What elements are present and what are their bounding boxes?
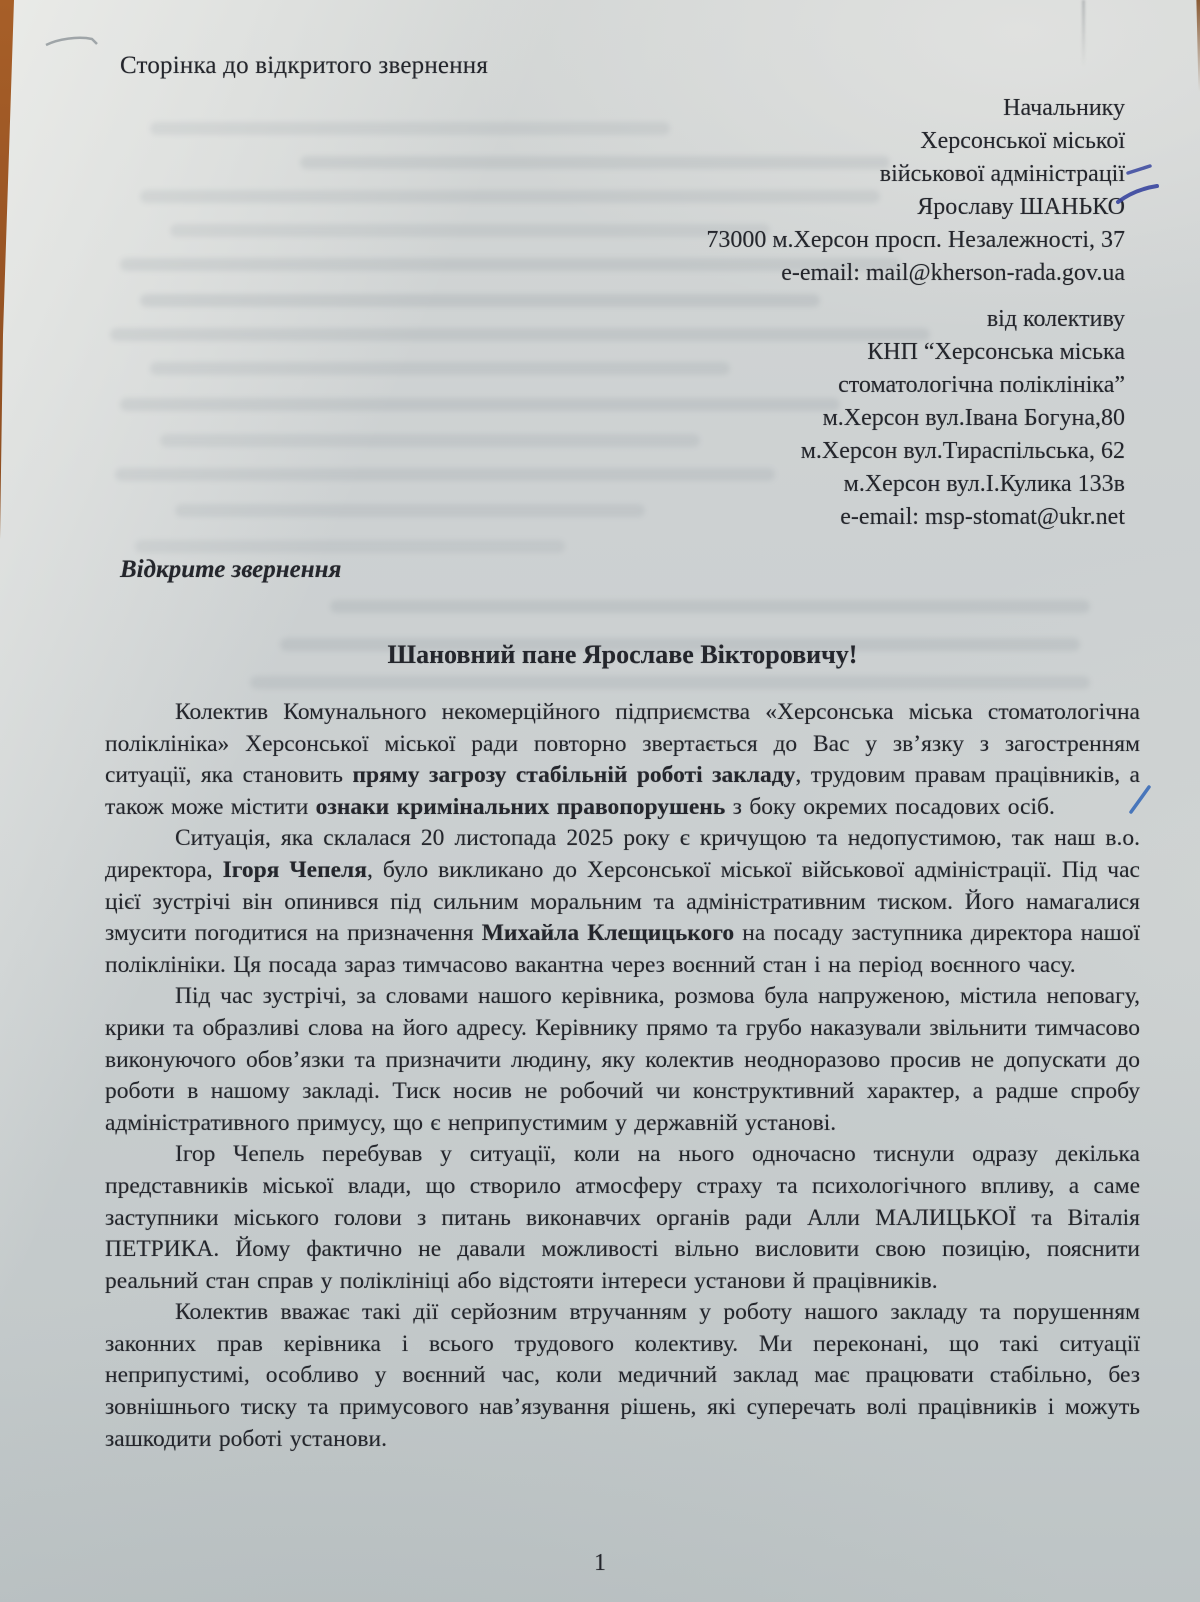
paragraph-bold-run: пряму загрозу стабільній роботі закладу	[352, 762, 795, 788]
letter-body: Колектив Комунального некомерційного під…	[105, 697, 1140, 1455]
paragraph-bold-run: ознаки кримінальних правопорушень	[316, 794, 726, 820]
sender-line: стоматологічна поліклініка”	[801, 369, 1125, 402]
sender-block: від колективу КНП “Херсонська міська сто…	[801, 303, 1125, 534]
paragraph-text-run: Колектив вважає такі дії серйозним втруч…	[105, 1299, 1140, 1451]
sender-line: м.Херсон вул.Івана Богуна,80	[801, 402, 1125, 435]
paper-crease	[1082, 0, 1085, 66]
page-label: Сторінка до відкритого звернення	[120, 52, 488, 80]
sender-line: м.Херсон вул.Тираспільська, 62	[801, 435, 1125, 468]
paragraph: Під час зустрічі, за словами нашого кері…	[105, 981, 1140, 1139]
paragraph-bold-run: Михайла Клещицького	[482, 920, 734, 946]
recipient-block: Начальнику Херсонської міської військово…	[706, 92, 1125, 290]
sender-line: КНП “Херсонська міська	[801, 336, 1125, 369]
recipient-line: Начальнику	[706, 92, 1125, 125]
recipient-line: 73000 м.Херсон просп. Незалежності, 37	[706, 224, 1125, 257]
recipient-line: Ярославу ШАНЬКО	[706, 191, 1125, 224]
appeal-type-label: Відкрите звернення	[120, 556, 341, 584]
paragraph: Ситуація, яка склалася 20 листопада 2025…	[105, 823, 1140, 981]
paragraph: Ігор Чепель перебував у ситуації, коли н…	[105, 1139, 1140, 1297]
page-number: 1	[0, 1550, 1200, 1577]
paragraph-text-run: Під час зустрічі, за словами нашого кері…	[105, 983, 1140, 1135]
recipient-line: e-email: mail@kherson-rada.gov.ua	[706, 257, 1125, 290]
paragraph-bold-run: Ігоря Чепеля	[223, 857, 367, 883]
recipient-line: військової адміністрації	[706, 158, 1125, 191]
sender-line: м.Херсон вул.І.Кулика 133в	[801, 468, 1125, 501]
recipient-line: Херсонської міської	[706, 125, 1125, 158]
paragraph: Колектив Комунального некомерційного під…	[105, 697, 1140, 823]
paragraph-text-run: Ігор Чепель перебував у ситуації, коли н…	[105, 1141, 1140, 1293]
sender-line: від колективу	[801, 303, 1125, 336]
sender-line: e-email: msp-stomat@ukr.net	[801, 501, 1125, 534]
paragraph: Колектив вважає такі дії серйозним втруч…	[105, 1297, 1140, 1455]
paragraph-text-run: з боку окремих посадових осіб.	[725, 794, 1055, 820]
salutation: Шановний пане Ярославе Вікторовичу!	[105, 640, 1140, 670]
